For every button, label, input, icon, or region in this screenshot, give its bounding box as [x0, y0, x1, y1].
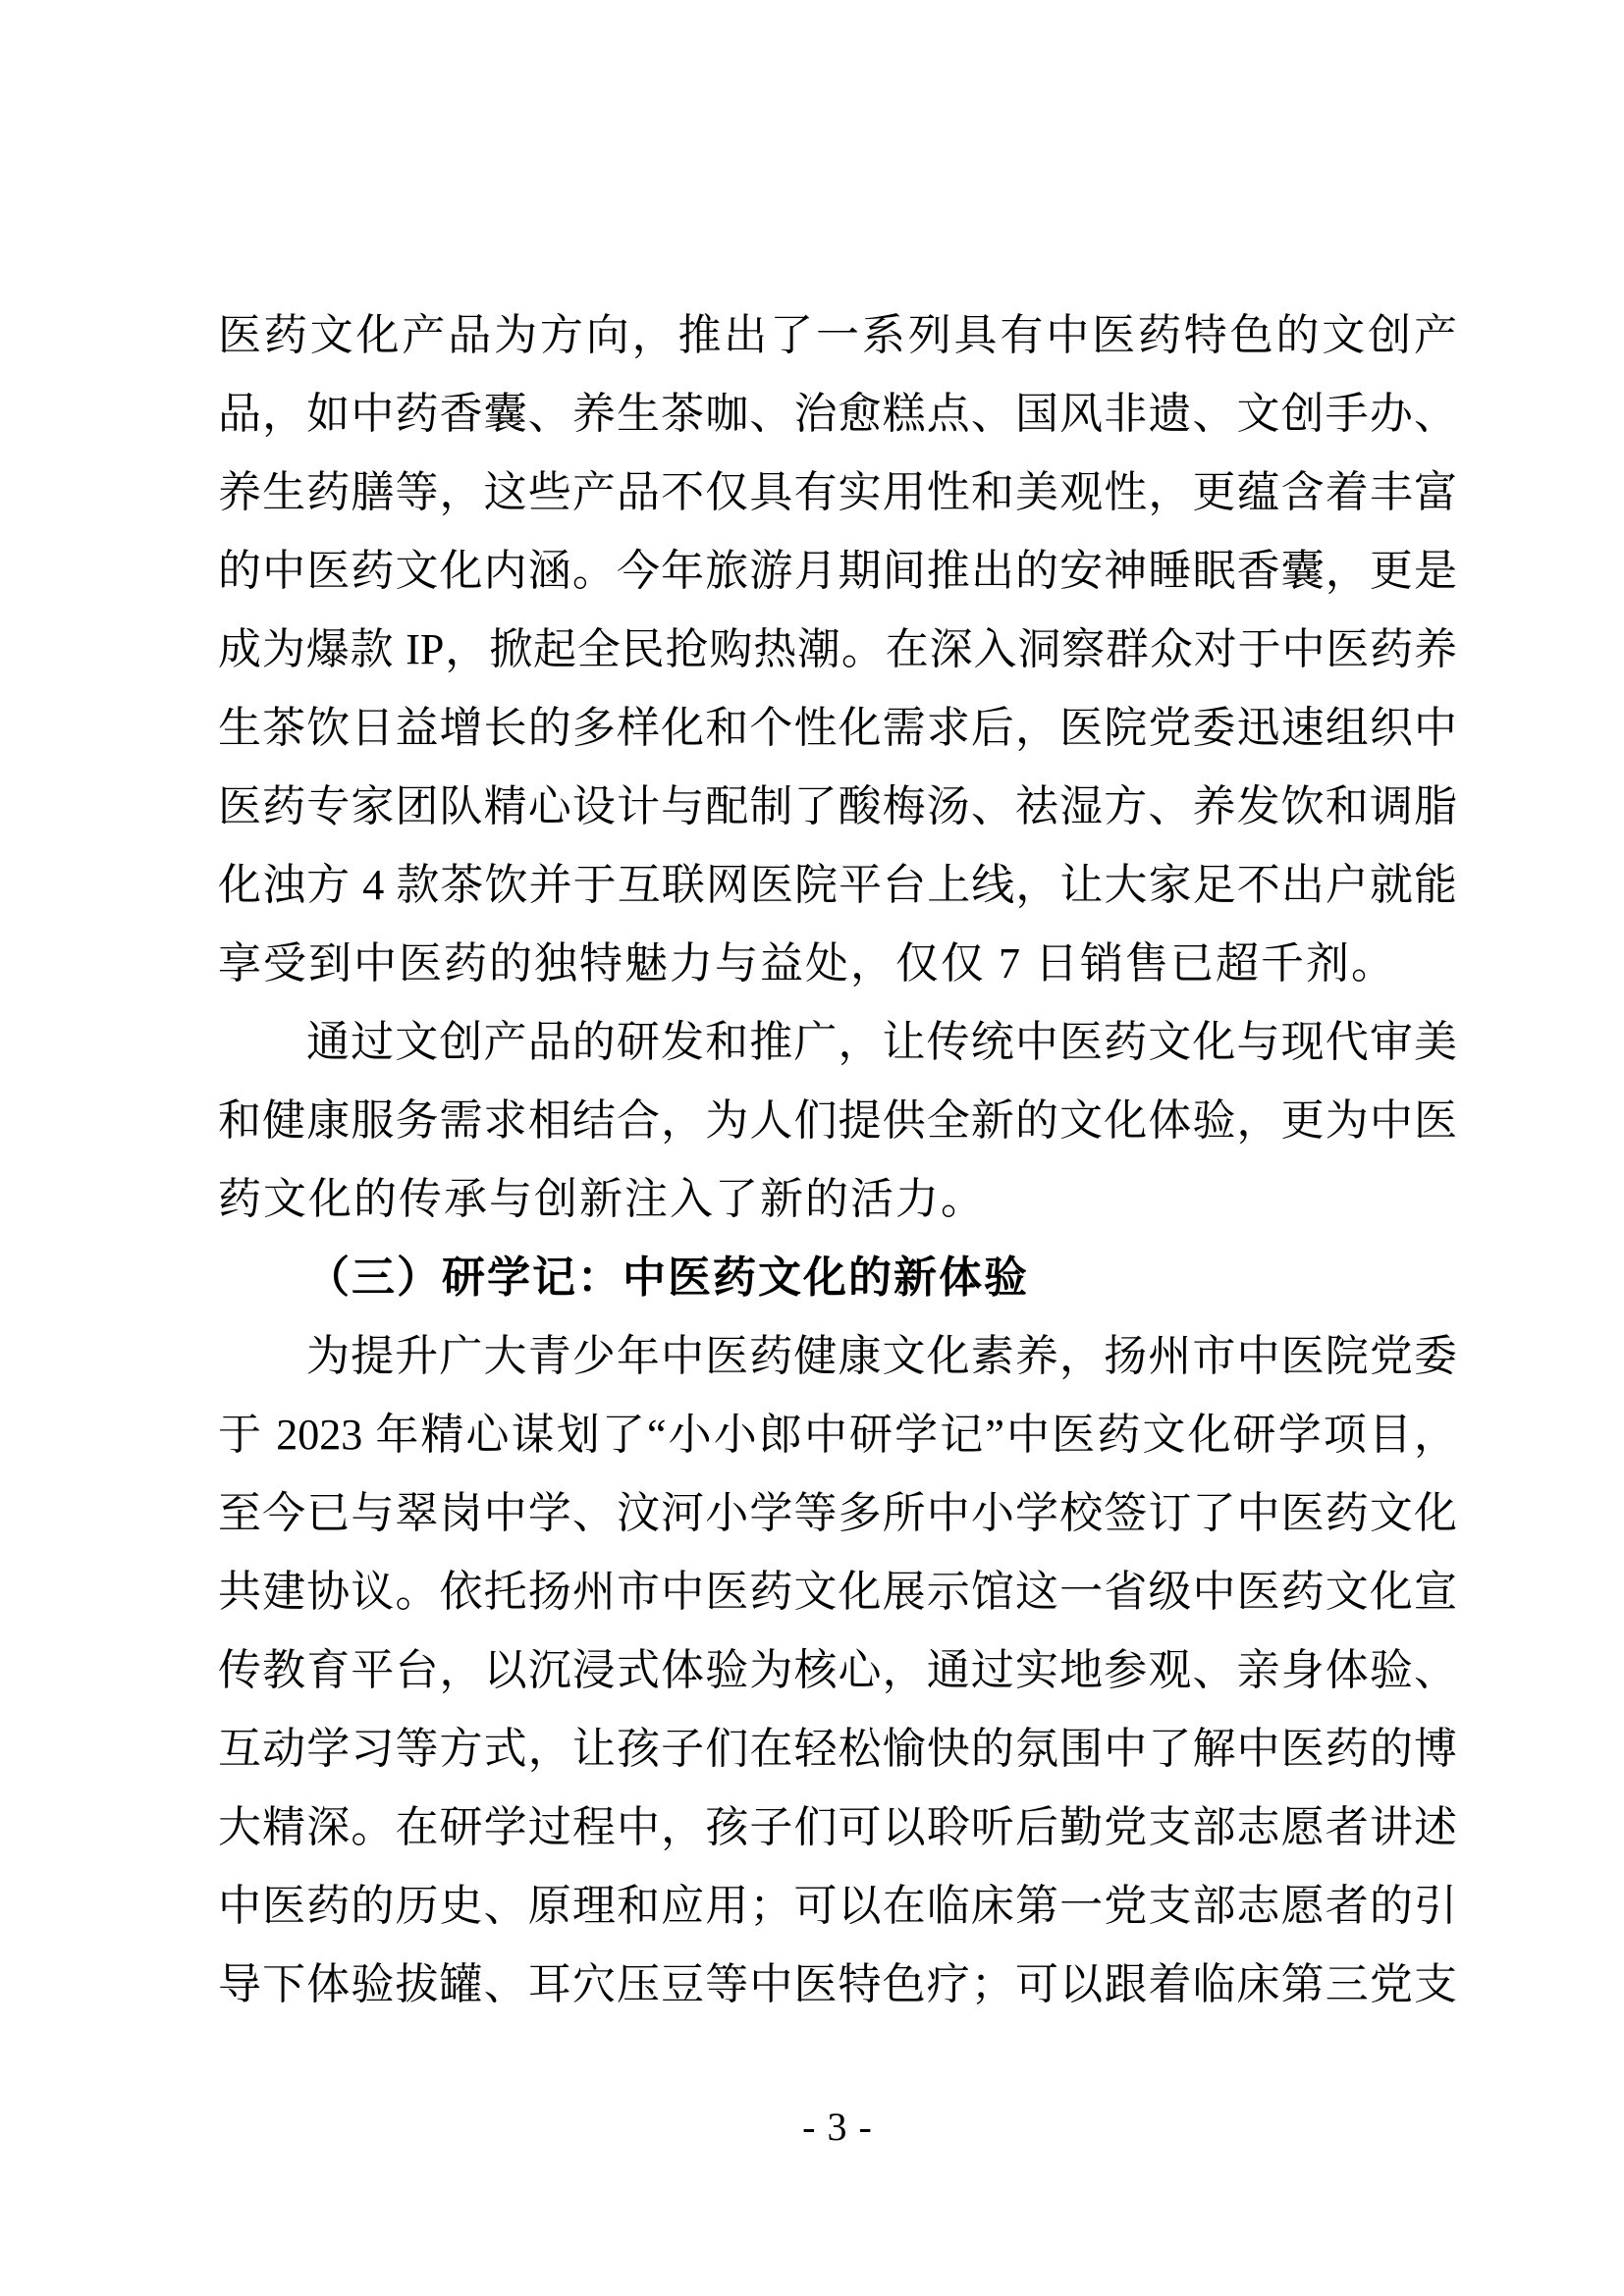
- page-number: - 3 -: [218, 2103, 1457, 2152]
- paragraph-summary: 通过文创产品的研发和推广，让传统中医药文化与现代审美 和健康服务需求相结合，为人…: [218, 1003, 1457, 1239]
- text-line: 成为爆款 IP，掀起全民抢购热潮。在深入洞察群众对于中医药养: [218, 611, 1457, 689]
- text-line: 导下体验拔罐、耳穴压豆等中医特色疗；可以跟着临床第三党支: [218, 1946, 1457, 2024]
- text-line: 至今已与翠岗中学、汶河小学等多所中小学校签订了中医药文化: [218, 1474, 1457, 1553]
- text-line: 药文化的传承与创新注入了新的活力。: [218, 1160, 1457, 1239]
- text-line: 医药文化产品为方向，推出了一系列具有中医药特色的文创产: [218, 296, 1457, 375]
- document-page: 医药文化产品为方向，推出了一系列具有中医药特色的文创产 品，如中药香囊、养生茶咖…: [0, 0, 1624, 2296]
- text-line: 化浊方 4 款茶饮并于互联网医院平台上线，让大家足不出户就能: [218, 846, 1457, 925]
- text-line: 通过文创产品的研发和推广，让传统中医药文化与现代审美: [218, 1003, 1457, 1082]
- text-line: 互动学习等方式，让孩子们在轻松愉快的氛围中了解中医药的博: [218, 1710, 1457, 1789]
- text-line: 享受到中医药的独特魅力与益处，仅仅 7 日销售已超千剂。: [218, 925, 1457, 1003]
- text-line: 品，如中药香囊、养生茶咖、治愈糕点、国风非遗、文创手办、: [218, 375, 1457, 454]
- text-line: 传教育平台，以沉浸式体验为核心，通过实地参观、亲身体验、: [218, 1631, 1457, 1710]
- text-line: 生茶饮日益增长的多样化和个性化需求后，医院党委迅速组织中: [218, 689, 1457, 768]
- text-line: 养生药膳等，这些产品不仅具有实用性和美观性，更蕴含着丰富: [218, 454, 1457, 532]
- text-line: 共建协议。依托扬州市中医药文化展示馆这一省级中医药文化宣: [218, 1553, 1457, 1631]
- section-heading: （三）研学记：中医药文化的新体验: [218, 1239, 1457, 1317]
- text-line: 中医药的历史、原理和应用；可以在临床第一党支部志愿者的引: [218, 1867, 1457, 1946]
- text-line: 的中医药文化内涵。今年旅游月期间推出的安神睡眠香囊，更是: [218, 532, 1457, 611]
- text-line: 医药专家团队精心设计与配制了酸梅汤、祛湿方、养发饮和调脂: [218, 768, 1457, 846]
- text-line: 大精深。在研学过程中，孩子们可以聆听后勤党支部志愿者讲述: [218, 1789, 1457, 1867]
- text-line: 和健康服务需求相结合，为人们提供全新的文化体验，更为中医: [218, 1082, 1457, 1160]
- text-line: 于 2023 年精心谋划了“小小郎中研学记”中医药文化研学项目，: [218, 1396, 1457, 1474]
- paragraph-study-program: 为提升广大青少年中医药健康文化素养，扬州市中医院党委 于 2023 年精心谋划了…: [218, 1317, 1457, 2024]
- paragraph-cultural-products: 医药文化产品为方向，推出了一系列具有中医药特色的文创产 品，如中药香囊、养生茶咖…: [218, 296, 1457, 1003]
- document-body: 医药文化产品为方向，推出了一系列具有中医药特色的文创产 品，如中药香囊、养生茶咖…: [218, 296, 1457, 2024]
- text-line: 为提升广大青少年中医药健康文化素养，扬州市中医院党委: [218, 1317, 1457, 1396]
